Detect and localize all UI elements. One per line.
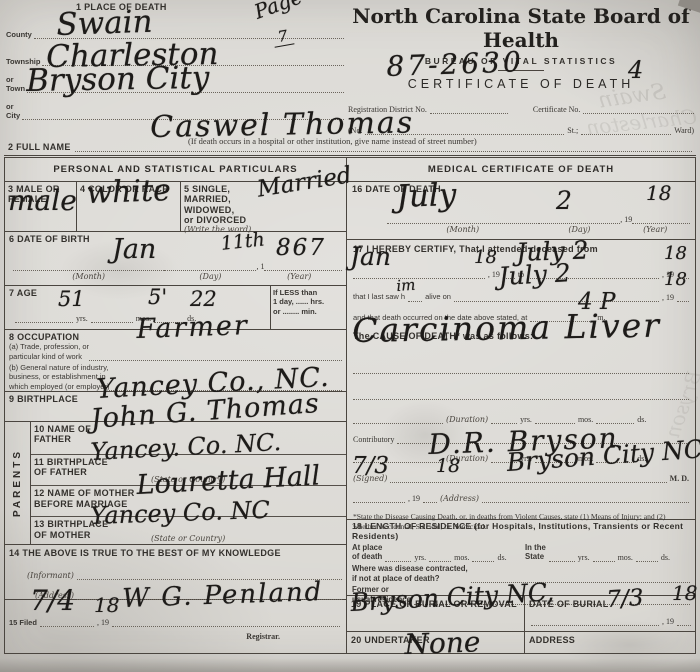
- ink-burial-date: 7/3: [606, 588, 644, 611]
- registrar-signature-line: [112, 618, 340, 627]
- atplace-yrs: yrs.: [414, 553, 426, 562]
- paper-bottom-edge: [0, 658, 700, 672]
- last-saw-year-printed: , 19: [662, 293, 674, 302]
- in-state-label: In the State: [525, 543, 546, 562]
- duration1-yrs: yrs.: [520, 415, 532, 424]
- marital-label: 5 SINGLE, MARRIED, WIDOWED, or DIVORCED: [184, 184, 251, 225]
- burial-year-printed: , 19: [662, 617, 674, 626]
- duration1-ds: ds.: [637, 415, 646, 424]
- filed-line: 15 Filed , 19: [9, 618, 340, 627]
- contributory-label: Contributory: [353, 435, 394, 444]
- dob-year-cell: , 1 (Year): [256, 261, 342, 281]
- occupation-a-label: (a) Trade, profession, or particular kin…: [9, 342, 89, 361]
- ink-last-saw-year: 18: [664, 272, 687, 288]
- dod-lines: (Month) (Day) , 19 (Year): [387, 214, 690, 234]
- if-less-than-text: If LESS than 1 day, ...... hrs. or .....…: [273, 288, 344, 316]
- undertaker-address-label: ADDRESS: [529, 635, 691, 645]
- ink-registration-district: 87-2630: [386, 49, 524, 79]
- ink-occupation: Farmer: [136, 314, 249, 342]
- ink-county: Swain: [56, 9, 153, 40]
- occupation-b-label: (b) General nature of industry, business…: [9, 363, 109, 391]
- dob-day-cell: (Day): [164, 261, 256, 281]
- or-town-label: or Town: [6, 75, 25, 94]
- ink-age-mos: 5': [148, 288, 167, 307]
- ink-birth-day: 11th: [220, 231, 266, 253]
- instate-yrs: yrs.: [578, 553, 590, 562]
- registration-district-line: [430, 105, 508, 114]
- informant-attest-label: 14 THE ABOVE IS TRUE TO THE BEST OF MY K…: [9, 548, 342, 558]
- instate-mos: mos.: [618, 553, 633, 562]
- ink-attended-from: Jan: [350, 246, 391, 269]
- ink-certificate-no: 4: [628, 60, 643, 82]
- date-of-burial-line: , 19: [531, 617, 691, 626]
- undertaker-address-field: ADDRESS: [525, 632, 695, 653]
- instate-ds: ds.: [661, 553, 670, 562]
- death-certificate-scan: 1 PLACE OF DEATH County Township or Town…: [0, 0, 700, 672]
- ink-attended-from-year: 18: [474, 250, 497, 266]
- parents-label: PARENTS: [12, 449, 23, 517]
- cause-line-1: [353, 365, 689, 374]
- occupation-a-line: [89, 352, 342, 361]
- ink-death-day: 2: [556, 190, 572, 213]
- signed-address-hint: (Address): [440, 494, 479, 503]
- ink-signed-year: 18: [436, 458, 460, 475]
- age-label: 7 AGE: [9, 288, 266, 298]
- dod-day-hint: (Day): [539, 224, 621, 234]
- if-less-than-box: If LESS than 1 day, ...... hrs. or .....…: [270, 286, 346, 329]
- dod-year-printed: , 19: [620, 215, 632, 224]
- last-saw-post: alive on: [425, 292, 451, 301]
- ink-filed-year: 18: [94, 596, 119, 614]
- duration-hint-1: (Duration): [446, 415, 488, 424]
- residence-in-state-line: In the State yrs. mos. ds.: [525, 543, 690, 562]
- day-hint: (Day): [164, 271, 256, 281]
- ink-burial-year: 18: [672, 584, 697, 602]
- filed-label: 15 Filed: [9, 618, 37, 627]
- ink-last-saw-him: im: [396, 279, 416, 294]
- md-label: M. D.: [670, 474, 689, 483]
- ink-sex: male: [8, 188, 77, 213]
- dod-month-hint: (Month): [387, 224, 539, 234]
- dob-year-prefix: , 1: [256, 262, 264, 271]
- dod-day-cell: (Day): [539, 214, 621, 234]
- year-hint: (Year): [256, 271, 342, 281]
- residence-at-place-line: At place of death yrs. mos. ds.: [352, 543, 517, 562]
- dod-month-cell: (Month): [387, 214, 539, 234]
- dob-lines: (Month) (Day) , 1 (Year): [13, 261, 342, 281]
- signed-date-line: , 19 (Address): [353, 494, 689, 503]
- informant-hint: (Informant): [27, 571, 74, 580]
- at-place-label: At place of death: [352, 543, 382, 562]
- age-yrs-unit: yrs.: [76, 314, 88, 323]
- ink-undertaker: None: [404, 629, 481, 657]
- month-hint: (Month): [13, 271, 164, 281]
- duration-line-1: (Duration) yrs. mos. ds.: [353, 415, 689, 424]
- atplace-mos: mos.: [454, 553, 469, 562]
- signed-year-printed: , 19: [408, 494, 420, 503]
- ink-town: Bryson City: [26, 65, 210, 96]
- ink-death-year: 18: [646, 184, 671, 202]
- ink-registrar-signature: W G. Penland: [122, 581, 324, 611]
- county-label: County: [6, 30, 32, 39]
- ink-mother-birthplace: Yancey Co. NC: [90, 500, 270, 528]
- registrar-label: Registrar.: [246, 632, 280, 641]
- contracted-label: Where was disease contracted, if not at …: [352, 564, 468, 583]
- ink-birth-month: Jan: [112, 238, 156, 262]
- parents-tab: PARENTS: [5, 422, 31, 544]
- ink-last-saw-date: July 2: [498, 262, 571, 288]
- ink-filed-date: 7/4: [30, 588, 75, 613]
- atplace-ds: ds.: [497, 553, 506, 562]
- cause-line-2: [353, 391, 689, 400]
- dod-year-cell: , 19 (Year): [620, 214, 690, 234]
- ink-age-yrs: 51: [58, 290, 85, 309]
- ink-full-name: Caswel Thomas: [150, 109, 414, 141]
- ink-attended-to-year: 18: [664, 246, 687, 262]
- cause-footnote: *State the Disease Causing Death, or, in…: [353, 512, 689, 532]
- or-city-label: or City: [6, 102, 20, 121]
- dod-year-hint: (Year): [620, 224, 690, 234]
- ink-cause-of-death: Carcinoma Liver: [352, 311, 661, 346]
- ink-death-month: July: [396, 182, 457, 212]
- full-name-label: 2 FULL NAME: [8, 142, 71, 152]
- certificate-no-label: Certificate No.: [533, 105, 581, 114]
- ink-signed-date: 7/3: [352, 456, 389, 477]
- filed-year-printed: , 19: [97, 618, 109, 627]
- ink-age-ds: 22: [190, 290, 217, 309]
- ink-race: white: [86, 177, 171, 207]
- ink-birth-year: 867: [276, 238, 326, 259]
- mother-state-country-hint: (State or Country): [151, 534, 225, 543]
- filed-date-line: [40, 618, 94, 627]
